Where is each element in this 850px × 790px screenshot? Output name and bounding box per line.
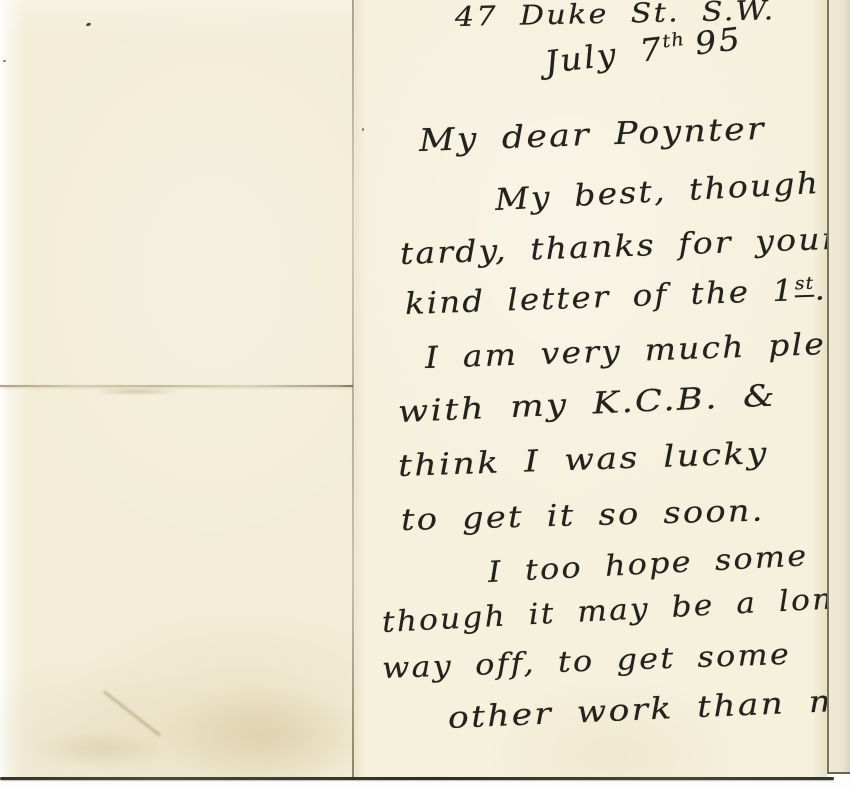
paper-right-edge-strip — [827, 0, 850, 774]
ordinal-superscript: st — [794, 274, 814, 298]
ink-speck — [86, 22, 92, 27]
ink-speck — [3, 60, 6, 62]
paper-scratch-stain — [103, 690, 162, 737]
paper-bottom-edge — [0, 777, 834, 780]
body-line-6: think I was lucky — [397, 439, 769, 482]
right-page-written: 47 Duke St. S.W. July 7th95 My dear Poyn… — [355, 0, 827, 778]
ink-speck — [362, 128, 364, 131]
date-text: July 7 — [543, 31, 666, 81]
body-line-3: kind letter of the 1st. — [404, 275, 827, 320]
salutation: My dear Poynter — [418, 114, 766, 157]
body-line-1: My best, though — [494, 169, 821, 216]
body-line-10: way off, to get some — [381, 640, 791, 683]
crease-smudge — [92, 388, 182, 395]
horizontal-fold-crease — [0, 385, 353, 387]
body-line-3-period: . — [814, 272, 828, 307]
body-line-11: other work than my — [447, 686, 850, 734]
date-year: 95 — [693, 21, 744, 62]
body-line-8: I too hope some day, — [487, 536, 850, 587]
center-fold-line — [352, 0, 354, 778]
body-line-4: I am very much pleased — [424, 327, 850, 374]
body-line-2: tardy, thanks for your — [399, 225, 840, 270]
body-line-5: with my K.C.B. & — [397, 381, 777, 428]
body-line-3-text: kind letter of the 1 — [404, 273, 795, 322]
body-line-7: to get it so soon. — [401, 496, 765, 536]
letter-scan: 47 Duke St. S.W. July 7th95 My dear Poyn… — [0, 0, 850, 790]
date-superscript: th — [661, 29, 686, 53]
paper-stain — [35, 732, 165, 766]
date-line: July 7th95 — [543, 24, 744, 79]
paper-stain — [165, 685, 365, 780]
left-page-blank — [0, 0, 355, 778]
body-line-9: though it may be a long — [381, 583, 850, 637]
